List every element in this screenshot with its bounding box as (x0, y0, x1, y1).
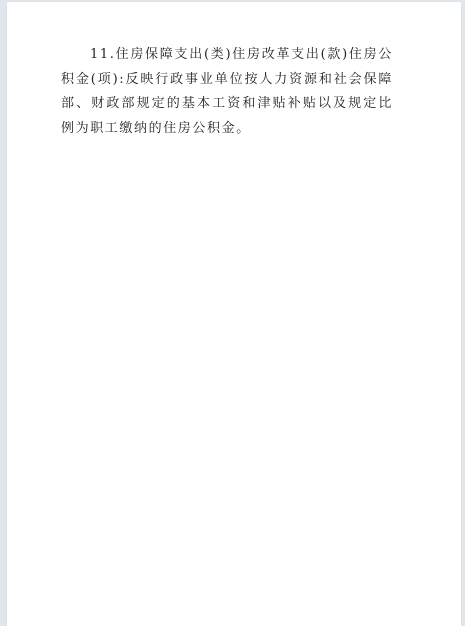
document-page: 11.住房保障支出(类)住房改革支出(款)住房公积金(项):反映行政事业单位按人… (7, 2, 461, 626)
page-content: 11.住房保障支出(类)住房改革支出(款)住房公积金(项):反映行政事业单位按人… (61, 43, 393, 141)
document-viewer: 11.住房保障支出(类)住房改革支出(款)住房公积金(项):反映行政事业单位按人… (0, 0, 465, 626)
paragraph-housing-fund: 11.住房保障支出(类)住房改革支出(款)住房公积金(项):反映行政事业单位按人… (61, 43, 393, 141)
